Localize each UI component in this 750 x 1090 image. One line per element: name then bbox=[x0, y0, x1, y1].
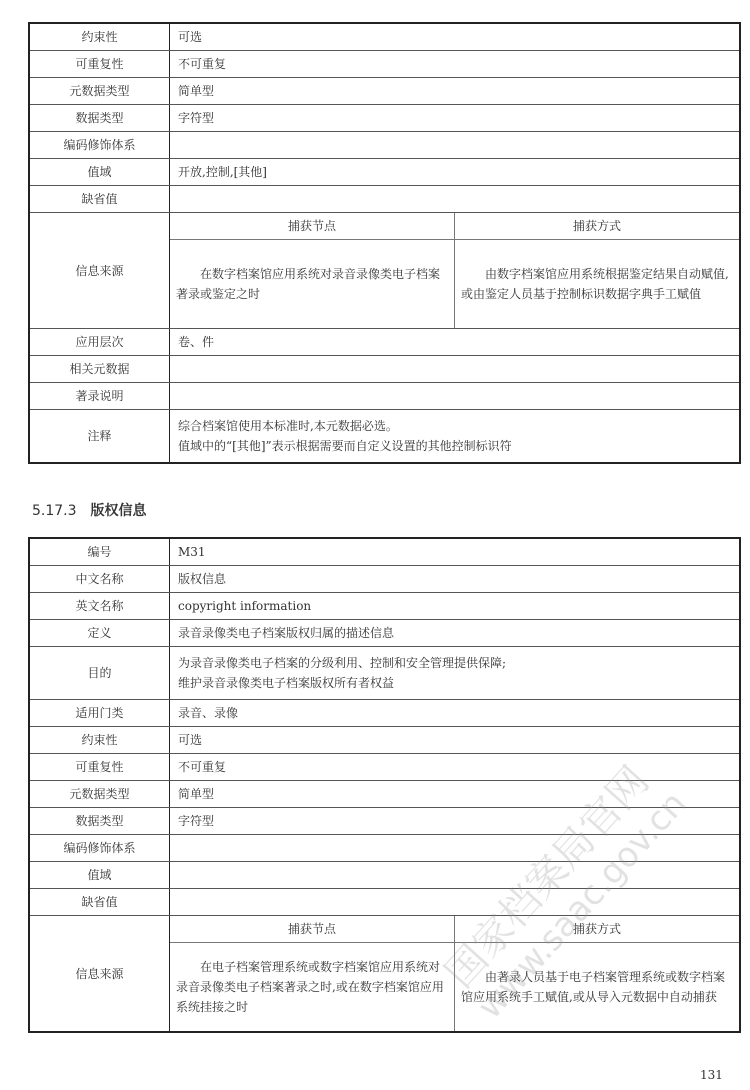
field-label: 中文名称 bbox=[29, 566, 170, 593]
field-value bbox=[170, 835, 741, 862]
field-value: copyright information bbox=[170, 593, 741, 620]
page-number: 131 bbox=[700, 1068, 723, 1082]
purpose-text: 为录音录像类电子档案的分级利用、控制和安全管理提供保障; 维护录音录像类电子档案… bbox=[170, 647, 741, 700]
field-label: 数据类型 bbox=[29, 105, 170, 132]
field-value: 录音录像类电子档案版权归属的描述信息 bbox=[170, 620, 741, 647]
field-label: 可重复性 bbox=[29, 51, 170, 78]
capture-node-header: 捕获节点 bbox=[170, 213, 455, 240]
section-number: 5.17.3 bbox=[32, 503, 77, 519]
purpose-line-1: 为录音录像类电子档案的分级利用、控制和安全管理提供保障; bbox=[178, 653, 731, 673]
field-label: 应用层次 bbox=[29, 329, 170, 356]
info-source-label: 信息来源 bbox=[29, 213, 170, 329]
info-source-cell: 捕获节点捕获方式 在数字档案馆应用系统对录音录像类电子档案著录或鉴定之时由数字档… bbox=[170, 213, 741, 329]
field-value: 录音、录像 bbox=[170, 700, 741, 727]
field-label: 值域 bbox=[29, 862, 170, 889]
field-value: 卷、件 bbox=[170, 329, 741, 356]
capture-node-text: 在电子档案管理系统或数字档案馆应用系统对录音录像类电子档案著录之时,或在数字档案… bbox=[170, 943, 455, 1032]
note-line-2: 值域中的“[其他]”表示根据需要而自定义设置的其他控制标识符 bbox=[178, 436, 731, 456]
field-label: 可重复性 bbox=[29, 754, 170, 781]
capture-node-header: 捕获节点 bbox=[170, 916, 455, 943]
field-label: 缺省值 bbox=[29, 186, 170, 213]
field-value: 简单型 bbox=[170, 78, 741, 105]
field-value: 可选 bbox=[170, 727, 741, 754]
field-value: 不可重复 bbox=[170, 51, 741, 78]
field-value: 可选 bbox=[170, 23, 741, 51]
field-value bbox=[170, 132, 741, 159]
field-label: 编号 bbox=[29, 538, 170, 566]
capture-method-header: 捕获方式 bbox=[455, 213, 740, 240]
info-source-cell: 捕获节点捕获方式 在电子档案管理系统或数字档案馆应用系统对录音录像类电子档案著录… bbox=[170, 916, 741, 1033]
field-value: 不可重复 bbox=[170, 754, 741, 781]
field-value: 版权信息 bbox=[170, 566, 741, 593]
purpose-label: 目的 bbox=[29, 647, 170, 700]
field-label: 值域 bbox=[29, 159, 170, 186]
capture-method-text: 由数字档案馆应用系统根据鉴定结果自动赋值,或由鉴定人员基于控制标识数据字典手工赋… bbox=[455, 240, 740, 329]
field-label: 著录说明 bbox=[29, 383, 170, 410]
field-label: 约束性 bbox=[29, 23, 170, 51]
field-value: M31 bbox=[170, 538, 741, 566]
field-label: 元数据类型 bbox=[29, 781, 170, 808]
field-label: 适用门类 bbox=[29, 700, 170, 727]
field-value: 字符型 bbox=[170, 808, 741, 835]
info-source-subtable: 捕获节点捕获方式 在电子档案管理系统或数字档案馆应用系统对录音录像类电子档案著录… bbox=[170, 916, 739, 1031]
note-line-1: 综合档案馆使用本标准时,本元数据必选。 bbox=[178, 416, 731, 436]
field-value: 简单型 bbox=[170, 781, 741, 808]
field-value: 开放,控制,[其他] bbox=[170, 159, 741, 186]
metadata-table-access-control: 约束性可选 可重复性不可重复 元数据类型简单型 数据类型字符型 编码修饰体系 值… bbox=[28, 22, 741, 464]
info-source-subtable: 捕获节点捕获方式 在数字档案馆应用系统对录音录像类电子档案著录或鉴定之时由数字档… bbox=[170, 213, 739, 328]
field-label: 约束性 bbox=[29, 727, 170, 754]
capture-method-header: 捕获方式 bbox=[455, 916, 740, 943]
field-label: 元数据类型 bbox=[29, 78, 170, 105]
field-label: 编码修饰体系 bbox=[29, 835, 170, 862]
field-value bbox=[170, 356, 741, 383]
section-title: 版权信息 bbox=[91, 503, 147, 519]
field-label: 编码修饰体系 bbox=[29, 132, 170, 159]
purpose-line-2: 维护录音录像类电子档案版权所有者权益 bbox=[178, 673, 731, 693]
metadata-table-copyright: 编号M31 中文名称版权信息 英文名称copyright information… bbox=[28, 537, 741, 1033]
field-label: 缺省值 bbox=[29, 889, 170, 916]
field-label: 数据类型 bbox=[29, 808, 170, 835]
field-label: 英文名称 bbox=[29, 593, 170, 620]
capture-method-text: 由著录人员基于电子档案管理系统或数字档案馆应用系统手工赋值,或从导入元数据中自动… bbox=[455, 943, 740, 1032]
capture-node-text: 在数字档案馆应用系统对录音录像类电子档案著录或鉴定之时 bbox=[170, 240, 455, 329]
info-source-label: 信息来源 bbox=[29, 916, 170, 1033]
field-label: 定义 bbox=[29, 620, 170, 647]
field-value bbox=[170, 862, 741, 889]
field-label: 相关元数据 bbox=[29, 356, 170, 383]
field-value: 字符型 bbox=[170, 105, 741, 132]
note-label: 注释 bbox=[29, 410, 170, 464]
field-value bbox=[170, 186, 741, 213]
field-value bbox=[170, 383, 741, 410]
section-heading: 5.17.3版权信息 bbox=[32, 500, 147, 520]
field-value bbox=[170, 889, 741, 916]
note-text: 综合档案馆使用本标准时,本元数据必选。 值域中的“[其他]”表示根据需要而自定义… bbox=[170, 410, 741, 464]
